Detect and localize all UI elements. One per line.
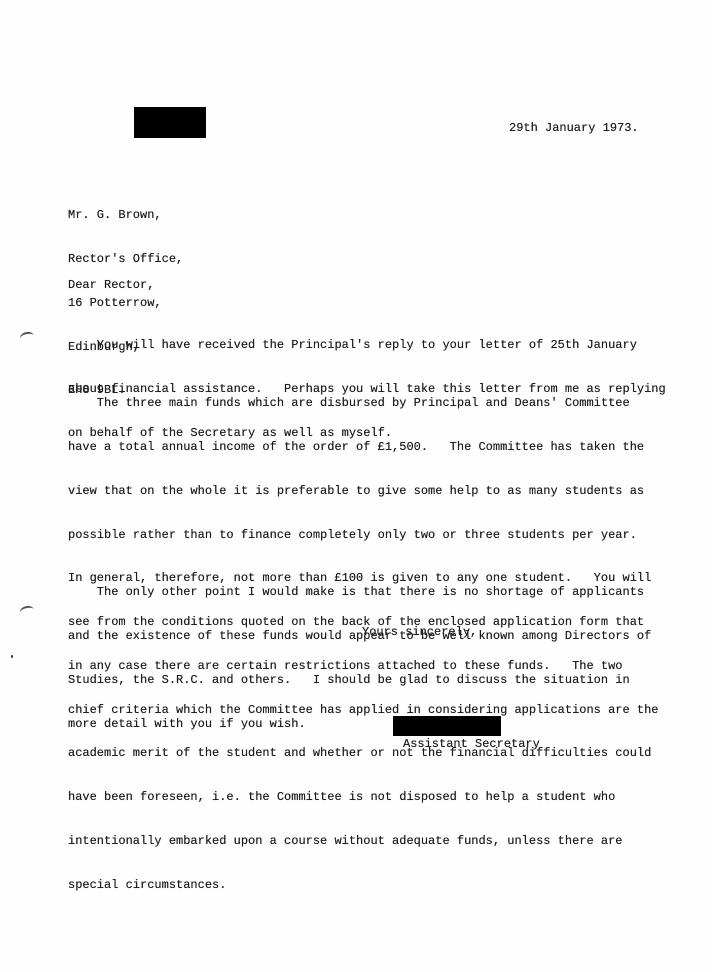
paragraph-line: special circumstances. [68,878,659,893]
address-line: Rector's Office, [68,252,183,267]
paragraph-3: The only other point I would make is tha… [68,556,651,760]
signature-title: Assistant Secretary [403,737,540,752]
redaction-box-letterhead [134,107,206,138]
paragraph-line: more detail with you if you wish. [68,717,651,732]
letter-date: 29th January 1973. [509,121,639,136]
paragraph-line: view that on the whole it is preferable … [68,484,659,499]
address-line: Mr. G. Brown, [68,208,183,223]
redaction-box-signature [393,716,501,736]
closing: Yours sincerely, [362,625,477,640]
paragraph-line: You will have received the Principal's r… [68,338,666,353]
scan-speck [11,655,13,658]
paragraph-line: Studies, the S.R.C. and others. I should… [68,673,651,688]
paragraph-line: The three main funds which are disbursed… [68,396,659,411]
paragraph-line: and the existence of these funds would a… [68,629,651,644]
paragraph-line: The only other point I would make is tha… [68,585,651,600]
hole-punch-mark-icon [19,605,35,618]
paragraph-line: intentionally embarked upon a course wit… [68,834,659,849]
paragraph-line: have a total annual income of the order … [68,440,659,455]
salutation: Dear Rector, [68,278,154,293]
letter-page: 29th January 1973. Mr. G. Brown, Rector'… [0,0,712,972]
paragraph-line: possible rather than to finance complete… [68,528,659,543]
paragraph-line: have been foreseen, i.e. the Committee i… [68,790,659,805]
hole-punch-mark-icon [19,331,35,344]
